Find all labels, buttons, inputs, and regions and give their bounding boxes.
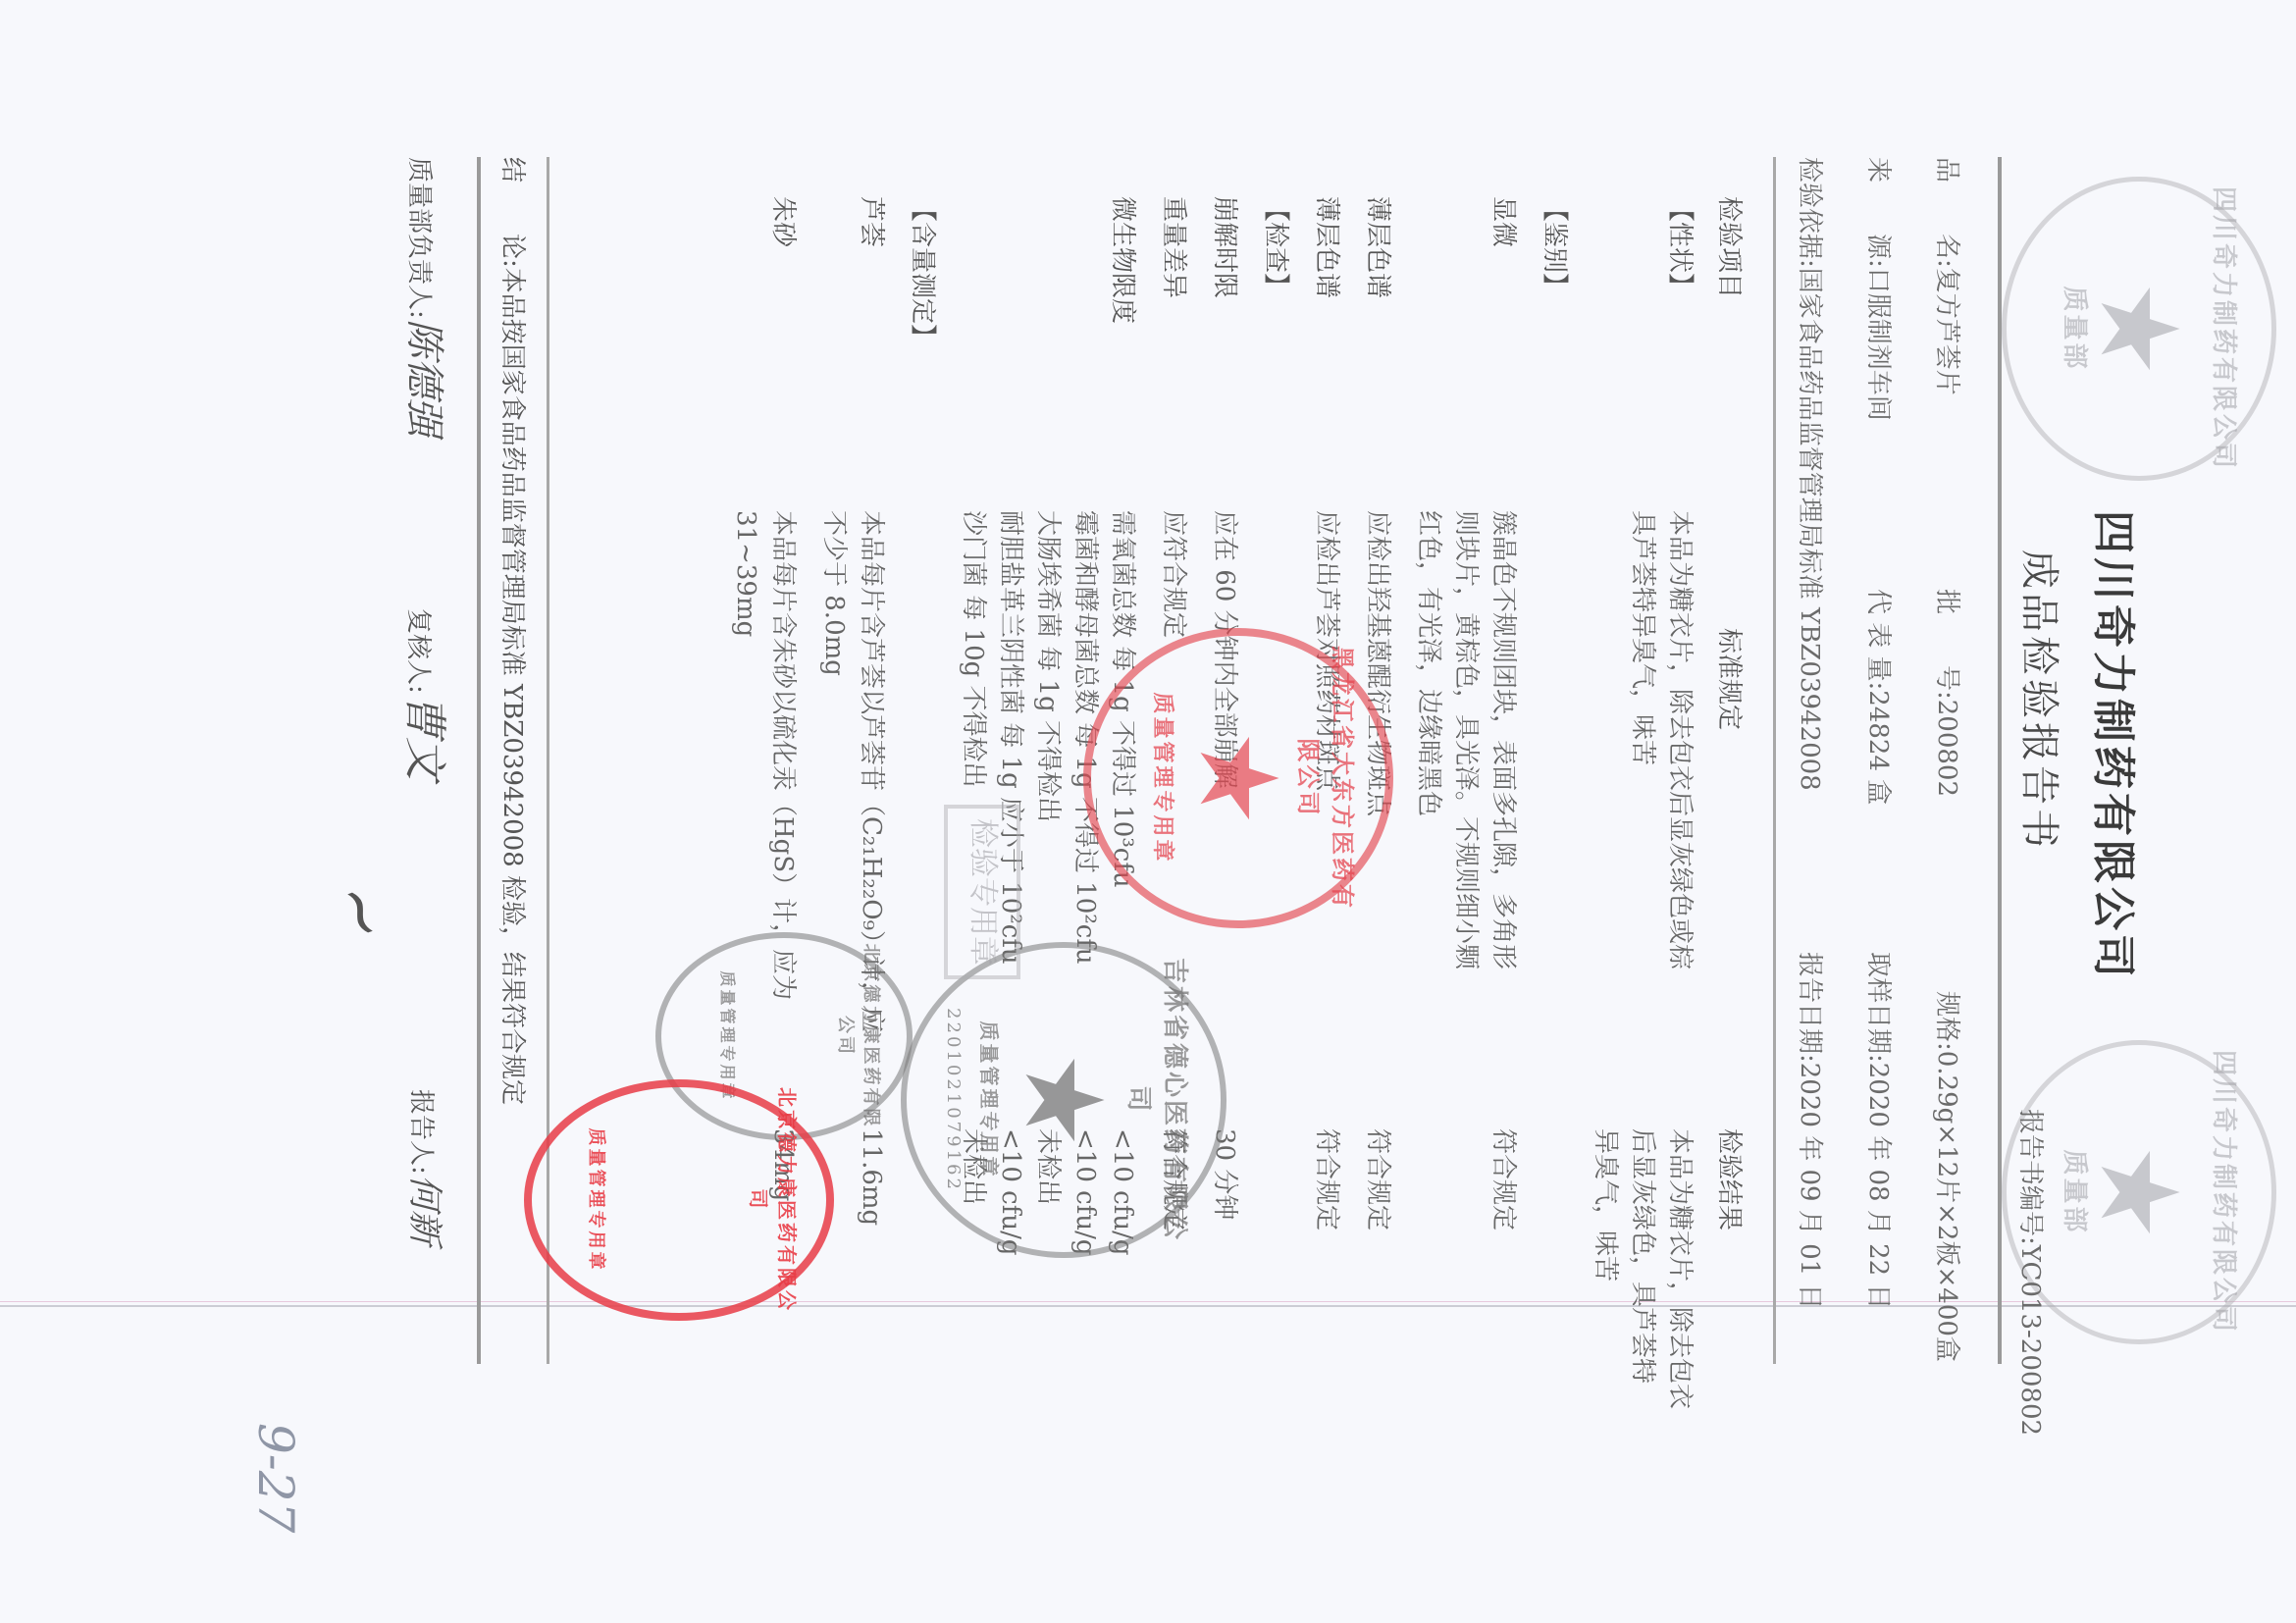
star-icon: ★ [1010,1052,1118,1149]
row-standard-line: 大肠埃希菌 每 1g 不得检出 [1030,510,1066,822]
star-icon: ★ [1184,730,1292,827]
spec-value: 0.29g×12片×2板×400盒 [1932,1051,1961,1362]
qa-head-name: 陈德强 [401,319,446,437]
stamp-rect-inspection: 检验专用章 [944,805,1020,979]
source-value: 口服制剂车间 [1863,268,1893,421]
row-standard-line: 应符合规定 [1156,510,1191,638]
conclusion-text: 本品按国家食品药品监督管理局标准 YBZ03942008 检验，结果符合规定 [497,268,527,1105]
spec-label: 规格: [1932,991,1961,1051]
report-date-value: 2020 年 09 月 01 日 [1795,1063,1824,1310]
basis-label: 检验依据: [1795,157,1824,268]
source-field: 来 源:口服制剂车间 [1862,157,1899,421]
spec-field: 规格:0.29g×12片×2板×400盒 [1931,991,1967,1362]
source-label: 来 源: [1863,157,1893,268]
stamp-inner-text: 质量管理专用章 [976,948,1005,1252]
report-date-label: 报告日期: [1795,952,1824,1063]
stamp-code-text: 2201021079162 [943,948,964,1252]
batch-label: 批 号: [1932,589,1961,700]
row-item: 朱砂 [765,196,801,247]
report-number: 报告书编号:YC013-200802 [2014,1109,2051,1436]
batch-field: 批 号:200802 [1931,589,1967,797]
row-standard-line: 31~39mg [728,510,763,637]
qa-head-label: 质量部负责人: [404,157,434,319]
company-name: 四川奇力制药有限公司 [2086,510,2149,981]
row-standard-line: 具芦荟特异臭气，味苦 [1625,510,1660,765]
batch-value: 200802 [1932,700,1961,797]
row-item: 重量差异 [1156,196,1191,298]
col-header-item: 检验项目 [1711,196,1747,298]
conclusion-label: 结 论: [497,157,527,268]
col-header-standard: 标准规定 [1711,628,1747,730]
stamp-outer-text: 北京德力康医药有限公司 [746,1087,803,1313]
row-item: 【检查】 [1258,196,1293,298]
row-item: 芦荟 [854,196,889,247]
sample-date-field: 取样日期:2020 年 08 月 22 日 [1862,952,1899,1309]
reviewer-label: 复核人: [403,608,433,694]
row-item: 【鉴别】 [1537,196,1572,298]
row-item: 【性状】 [1662,196,1697,298]
product-field: 品 名:复方芦荟片 [1931,157,1967,395]
quantity-field: 代 表 量:24824 盒 [1862,589,1899,805]
row-standard-line: 簇晶色不规则团块，表面多孔隙，多角形 [1486,510,1521,969]
stamp-red-center: 黑龙江省大东方医药有限公司 ★ 质量管理专用章 [1083,628,1393,928]
stamp-outer-text: 四川奇力制药有限公司 [2208,182,2244,476]
row-item: 薄层色谱 [1360,196,1395,298]
table-top-divider [1773,157,1776,1364]
report-number-label: 报告书编号: [2015,1109,2045,1245]
row-item: 崩解时限 [1207,196,1242,298]
handwritten-page-number: 9-27 [247,1423,304,1533]
reviewer-name: 曹文 [399,694,449,780]
row-result-line: 符合规定 [1360,1128,1395,1230]
qa-head-signature: 质量部负责人:陈德强 [401,157,442,437]
sample-date-label: 取样日期: [1863,952,1893,1063]
stamp-inner-text: 质量管理专用章 [1149,636,1179,920]
stamp-outer-text: 黑龙江省大东方医药有限公司 [1293,636,1362,920]
stamp-inner-text: 质量部 [2059,1045,2095,1339]
star-icon: ★ [2085,1144,2193,1241]
stamp-inner-text: 质量管理专用章 [585,1087,610,1313]
reporter-label: 报告人: [406,1089,436,1175]
row-item: 薄层色谱 [1309,196,1344,298]
star-icon: ★ [2085,281,2193,378]
stamp-company-qa-top: 四川奇力制药有限公司 ★ 质量部 [2002,177,2276,481]
row-result-line: 后显灰绿色，具芦荟特 [1625,1128,1660,1384]
quantity-value: 24824 盒 [1863,690,1893,805]
row-standard-line: 沙门菌 每 10g 不得检出 [956,510,991,788]
reporter-name: 何新 [404,1175,444,1245]
reviewer-signature: 复核人:曹文 [400,608,442,780]
row-standard-line: 不少于 8.0mg [816,510,852,676]
row-standard-line: 本品每片含朱砂以硫化汞（HgS）计，应为 [765,510,801,1000]
row-result-line: 异臭气，味苦 [1588,1128,1623,1282]
inspection-report-page: 四川奇力制药有限公司 ★ 质量部 四川奇力制药有限公司 ★ 质量部 四川奇力制药… [0,0,2296,1623]
row-result-line: 符合规定 [1486,1128,1521,1230]
sample-date-value: 2020 年 08 月 22 日 [1863,1063,1893,1310]
product-value: 复方芦荟片 [1932,268,1961,395]
header-divider [1998,157,2002,1364]
row-standard-line: 本品为糖衣片，除去包衣后显灰绿色或棕 [1662,510,1697,969]
row-item: 显微 [1486,196,1521,247]
conclusion-divider [477,157,481,1364]
basis-value: 国家食品药品监督管理局标准 YBZ03942008 [1795,268,1824,791]
report-title: 成品检验报告书 [2014,550,2070,852]
handwritten-initials: ∼ [314,871,409,953]
conclusion: 结 论:本品按国家食品药品监督管理局标准 YBZ03942008 检验，结果符合… [495,157,530,1105]
stamp-outer-text: 四川奇力制药有限公司 [2208,1045,2244,1339]
report-date-field: 报告日期:2020 年 09 月 01 日 [1794,952,1830,1309]
reporter-signature: 报告人:何新 [403,1089,442,1245]
quantity-label: 代 表 量: [1863,589,1893,690]
row-result-line: 11.6mg [854,1128,889,1226]
basis-field: 检验依据:国家食品药品监督管理局标准 YBZ03942008 [1794,157,1830,791]
row-item: 【含量测定】 [905,196,940,349]
stamp-red-bottom: 北京德力康医药有限公司 质量管理专用章 [524,1079,834,1321]
stamp-outer-text: 吉林省德心医药有限公司 [1122,948,1195,1252]
product-label: 品 名: [1932,157,1961,268]
row-item: 微生物限度 [1105,196,1140,324]
row-result-line: 符合规定 [1309,1128,1344,1230]
row-result-line: 本品为糖衣片，除去包衣 [1662,1128,1697,1409]
stamp-inner-text: 质量部 [2059,182,2095,476]
row-standard-line: 则块片，黄棕色，具光泽。不规则细小颗 [1448,510,1484,969]
row-standard-line: 红色，有光泽，边缘暗黑色 [1411,510,1446,816]
col-header-result: 检验结果 [1711,1128,1747,1230]
stamp-gray-right: 吉林省德心医药有限公司 ★ 质量管理专用章 2201021079162 [901,942,1226,1258]
stamp-outer-text: 北京德力康医药有限公司 [834,938,885,1134]
report-number-value: YC013-200802 [2015,1245,2045,1436]
